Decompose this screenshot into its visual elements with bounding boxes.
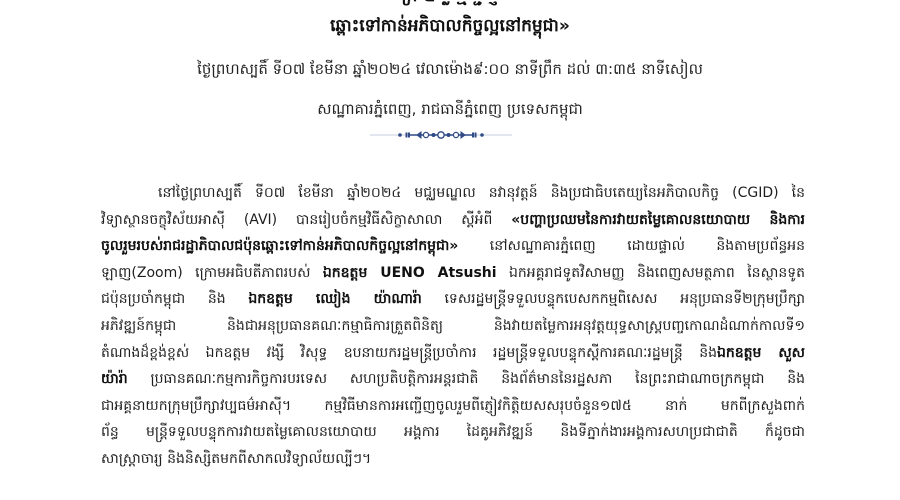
body-line: ឡាញ(Zoom) ក្រោមអធិបតីភាពរបស់ ឯកឧត្តម UEN…: [101, 260, 805, 287]
text-span: ប្រធានគណៈកម្មការកិច្ចការបរទេស សហប្រតិបត្…: [128, 371, 805, 387]
text-span: ជាអគ្គនាយកក្រុមប្រឹក្សាវប្បធម៌អាស៊ី។ កម្…: [101, 398, 805, 414]
body-line: សាស្ត្រាចារ្យ និងនិស្សិតមកពីសាកលវិទ្យាល័…: [101, 446, 805, 473]
body-line: តំណាងដ៏ខ្ពង់ខ្ពស់ ឯកឧត្តម វង្សី វិសុទ្ធ …: [101, 340, 805, 367]
ornament-divider-icon: [370, 130, 512, 140]
body-paragraph: នៅថ្ងៃព្រហស្បតិ៍ ទី០៧ ខែមីនា ឆ្នាំ២០២៤ ម…: [101, 180, 805, 473]
bold-text-span: «បញ្ហាប្រឈមនៃការវាយតម្លៃគោលនយោបាយ និងការ: [511, 212, 805, 228]
seminar-title: ឆ្ពោះទៅកាន់អភិបាលកិច្ចល្អនៅកម្ពុជា»: [0, 14, 900, 38]
text-span: ឡាញ(Zoom) ក្រោមអធិបតីភាពរបស់: [101, 265, 323, 281]
event-date-time: ថ្ងៃព្រហស្បតិ៍ ទី០៧ ខែមីនា ឆ្នាំ២០២៤ វេល…: [0, 58, 900, 80]
body-line: អភិវឌ្ឍន៍កម្ពុជា និងជាអនុប្រធានគណៈកម្មាធ…: [101, 313, 805, 340]
document-page: ក្រ ៤ ្ល ្ម ្ជ ្ញ ឆ្ពោះទៅកាន់អភិបាលកិច្ច…: [0, 0, 900, 500]
text-span: វិទ្យាស្ថានចក្ខុវិស័យអាស៊ី (AVI) បានរៀបច…: [101, 212, 511, 228]
text-span: ព័ន្ធ មន្ត្រីទទួលបន្ទុកការវាយតម្លៃគោលនយោ…: [101, 424, 805, 440]
body-line: ជាអគ្គនាយកក្រុមប្រឹក្សាវប្បធម៌អាស៊ី។ កម្…: [101, 393, 805, 420]
text-span: ទេសរដ្ឋមន្ត្រីទទួលបន្ទុកបេសកកម្មពិសេស អន…: [422, 291, 805, 307]
text-span: ជប៉ុនប្រចាំកម្ពុជា និង: [101, 291, 248, 307]
body-line: យ៉ារ៉ា ប្រធានគណៈកម្មការកិច្ចការបរទេស សហប…: [101, 366, 805, 393]
bold-text-span: ឯកឧត្តម ឈៀង យ៉ាណារ៉ា: [248, 291, 421, 307]
text-span: សាស្ត្រាចារ្យ និងនិស្សិតមកពីសាកលវិទ្យាល័…: [101, 451, 371, 467]
body-line: ព័ន្ធ មន្ត្រីទទួលបន្ទុកការវាយតម្លៃគោលនយោ…: [101, 419, 805, 446]
text-span: នៅថ្ងៃព្រហស្បតិ៍ ទី០៧ ខែមីនា ឆ្នាំ២០២៤ ម…: [158, 185, 805, 201]
body-line: វិទ្យាស្ថានចក្ខុវិស័យអាស៊ី (AVI) បានរៀបច…: [101, 207, 805, 234]
text-span: ឯកអគ្គរាជទូតវិសាមញ្ញ និងពេញសមត្ថភាព នៃស្…: [497, 265, 805, 281]
event-location: សណ្ឋាគារភ្នំពេញ, រាជធានីភ្នំពេញ ប្រទេសកម…: [0, 98, 900, 120]
body-line: នៅថ្ងៃព្រហស្បតិ៍ ទី០៧ ខែមីនា ឆ្នាំ២០២៤ ម…: [101, 180, 805, 207]
text-span: អភិវឌ្ឍន៍កម្ពុជា និងជាអនុប្រធានគណៈកម្មាធ…: [101, 318, 805, 334]
body-line: ជប៉ុនប្រចាំកម្ពុជា និង ឯកឧត្តម ឈៀង យ៉ាណា…: [101, 286, 805, 313]
body-line: ចូលរួមរបស់រាជរដ្ឋាភិបាលជប៉ុនឆ្ពោះទៅកាន់អ…: [101, 233, 805, 260]
text-span: តំណាងដ៏ខ្ពង់ខ្ពស់ ឯកឧត្តម វង្សី វិសុទ្ធ …: [101, 345, 717, 361]
clipped-heading-line: ក្រ ៤ ្ល ្ម ្ជ ្ញ: [0, 0, 900, 6]
bold-text-span: យ៉ារ៉ា: [101, 371, 128, 387]
bold-text-span: ចូលរួមរបស់រាជរដ្ឋាភិបាលជប៉ុនឆ្ពោះទៅកាន់អ…: [101, 238, 458, 254]
text-span: នៅសណ្ឋាគារភ្នំពេញ ដោយផ្ទាល់ និងតាមប្រព័ន…: [458, 238, 805, 254]
bold-text-span: ឯកឧត្តម សួស: [717, 345, 805, 361]
bold-text-span: ឯកឧត្តម UENO Atsushi: [323, 265, 497, 281]
